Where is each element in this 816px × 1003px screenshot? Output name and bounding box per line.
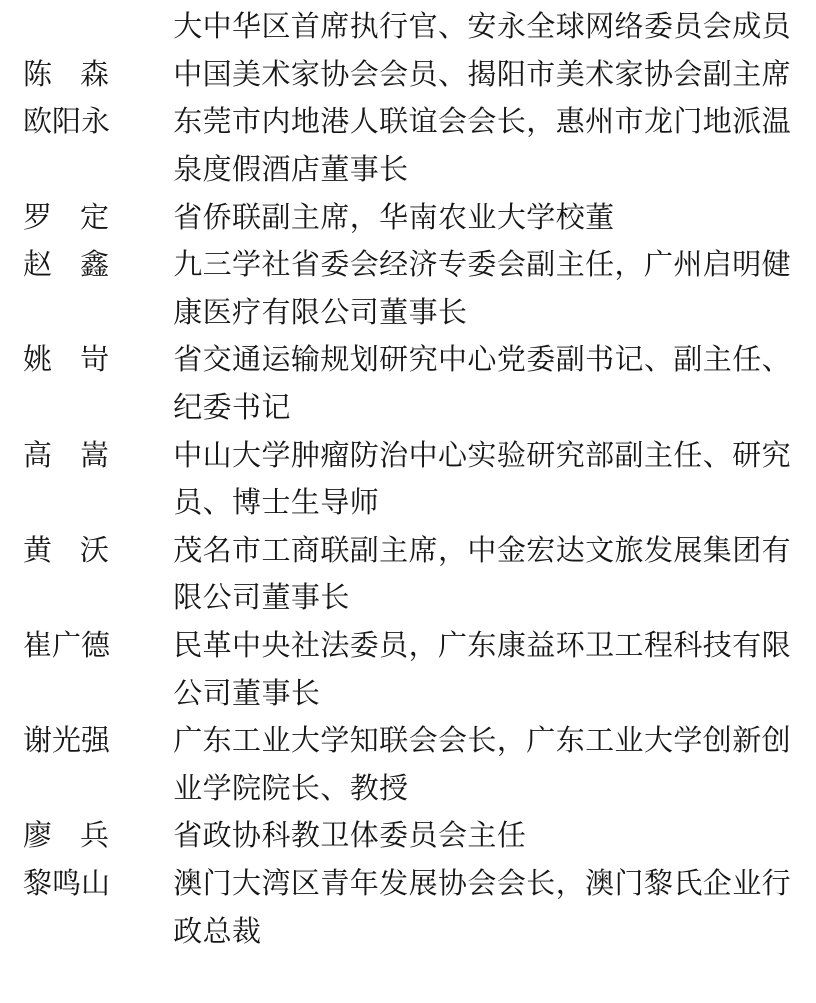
char-cell: 教 xyxy=(291,822,320,851)
char-cell: 业 xyxy=(732,870,761,899)
char-cell: 院 xyxy=(232,775,261,804)
char-cell: 永 xyxy=(497,13,526,42)
char-cell: 究 xyxy=(408,346,437,375)
person-titles: 省政协科教卫体委员会主任 xyxy=(173,813,791,861)
char-cell: 会 xyxy=(497,251,526,280)
char-cell: 华 xyxy=(232,13,261,42)
char-cell: 澳 xyxy=(585,870,614,899)
title-line: 大中华区首席执行官、安永全球网络委员会成员 xyxy=(173,4,791,52)
char-cell: 健 xyxy=(761,251,790,280)
char-cell: 长 xyxy=(291,680,320,709)
char-cell: 企 xyxy=(703,870,732,899)
char-cell: 人 xyxy=(350,108,379,137)
char-cell: 酒 xyxy=(261,156,290,185)
char-cell: ， xyxy=(350,204,379,233)
char-cell: 博 xyxy=(232,489,261,518)
char-cell: 限 xyxy=(291,299,320,328)
person-titles: 茂名市工商联副主席，中金宏达文旅发展集团有限公司董事长 xyxy=(173,528,791,623)
char-cell: 展 xyxy=(408,870,437,899)
char-cell: 内 xyxy=(261,108,290,137)
char-cell: 主 xyxy=(467,822,496,851)
title-line: 茂名市工商联副主席，中金宏达文旅发展集团有 xyxy=(173,528,791,576)
char-cell: 联 xyxy=(379,108,408,137)
char-cell: 省 xyxy=(173,346,202,375)
char-cell: 工 xyxy=(261,537,290,566)
directory-entry: 黎鸣山 澳门大湾区青年发展协会会长，澳门黎氏企业行政总裁 xyxy=(0,861,816,956)
char-cell: 泉 xyxy=(173,156,202,185)
char-cell: 副 xyxy=(350,537,379,566)
char-cell: 政 xyxy=(202,822,231,851)
char-cell: 副 xyxy=(555,346,584,375)
directory-entry: 罗定 省侨联副主席，华南农业大学校董 xyxy=(0,194,816,242)
char-cell: 心 xyxy=(438,442,467,471)
char-cell: 肿 xyxy=(291,442,320,471)
title-line: 澳门大湾区青年发展协会会长，澳门黎氏企业行 xyxy=(173,861,791,909)
name-char: 兵 xyxy=(80,822,109,851)
char-cell: 阳 xyxy=(497,61,526,90)
char-cell: 侨 xyxy=(202,204,231,233)
name-char: 光 xyxy=(52,727,81,756)
char-cell: 度 xyxy=(202,156,231,185)
char-cell: 副 xyxy=(614,442,643,471)
name-char: 德 xyxy=(81,632,110,661)
char-cell: ， xyxy=(526,108,555,137)
char-cell: 东 xyxy=(173,108,202,137)
char-cell: 员 xyxy=(408,61,437,90)
char-cell: 业 xyxy=(467,204,496,233)
char-cell: 大 xyxy=(291,727,320,756)
char-cell: 革 xyxy=(202,632,231,661)
char-cell: 发 xyxy=(644,537,673,566)
char-cell: 中 xyxy=(202,13,231,42)
name-char: 鸣 xyxy=(52,870,81,899)
name-char: 森 xyxy=(80,61,109,90)
person-name: 黎鸣山 xyxy=(23,861,109,909)
person-name: 欧阳永 xyxy=(23,99,109,147)
char-cell: 广 xyxy=(526,727,555,756)
char-cell: ， xyxy=(438,537,467,566)
char-cell: 规 xyxy=(320,346,349,375)
char-cell: 技 xyxy=(703,632,732,661)
directory-entry: 姚岢 省交通运输规划研究中心党委副书记、副主任、纪委书记 xyxy=(0,337,816,432)
char-cell: 、 xyxy=(438,13,467,42)
person-titles: 民革中央社法委员，广东康益环卫工程科技有限公司董事长 xyxy=(173,623,791,718)
title-line: 省交通运输规划研究中心党委副书记、副主任、 xyxy=(173,337,791,385)
char-cell: 学 xyxy=(320,727,349,756)
char-cell: 济 xyxy=(408,251,437,280)
char-cell: 东 xyxy=(202,727,231,756)
directory-entry: 陈森 中国美术家协会会员、揭阳市美术家协会副主席 xyxy=(0,52,816,100)
directory-entry: 欧阳永 东莞市内地港人联谊会会长，惠州市龙门地派温泉度假酒店董事长 xyxy=(0,99,816,194)
char-cell: 集 xyxy=(703,537,732,566)
char-cell: 九 xyxy=(173,251,202,280)
char-cell: 校 xyxy=(555,204,584,233)
char-cell: 经 xyxy=(379,251,408,280)
char-cell: 中 xyxy=(173,61,202,90)
char-cell: 席 xyxy=(761,61,790,90)
char-cell: 康 xyxy=(173,299,202,328)
char-cell: 、 xyxy=(438,61,467,90)
char-cell: 长 xyxy=(379,156,408,185)
char-cell: 宏 xyxy=(526,537,555,566)
char-cell: 副 xyxy=(673,346,702,375)
name-char: 定 xyxy=(80,204,109,233)
char-cell: 董 xyxy=(261,584,290,613)
person-titles: 中山大学肿瘤防治中心实验研究部副主任、研究员、博士生导师 xyxy=(173,432,791,527)
char-cell: 新 xyxy=(732,727,761,756)
char-cell: 事 xyxy=(350,156,379,185)
char-cell: 环 xyxy=(555,632,584,661)
char-cell: 长 xyxy=(497,108,526,137)
char-cell: 公 xyxy=(202,584,231,613)
person-titles: 大中华区首席执行官、安永全球网络委员会成员 xyxy=(173,4,791,52)
char-cell: 心 xyxy=(467,346,496,375)
char-cell: ， xyxy=(497,727,526,756)
char-cell: 会 xyxy=(467,870,496,899)
char-cell: 澳 xyxy=(173,870,202,899)
char-cell: 事 xyxy=(408,299,437,328)
char-cell: 研 xyxy=(379,346,408,375)
char-cell: 中 xyxy=(467,537,496,566)
char-cell: 有 xyxy=(761,537,790,566)
char-cell: 金 xyxy=(497,537,526,566)
name-char: 嵩 xyxy=(80,442,109,471)
person-name: 崔广德 xyxy=(23,623,109,671)
char-cell: 事 xyxy=(261,680,290,709)
char-cell: 省 xyxy=(291,251,320,280)
char-cell: 青 xyxy=(320,870,349,899)
char-cell: 执 xyxy=(350,13,379,42)
char-cell: 通 xyxy=(232,346,261,375)
char-cell: 员 xyxy=(173,489,202,518)
char-cell: 司 xyxy=(232,584,261,613)
name-char: 岢 xyxy=(80,346,109,375)
char-cell: 教 xyxy=(350,775,379,804)
char-cell: 司 xyxy=(350,299,379,328)
char-cell: 业 xyxy=(261,727,290,756)
char-cell: 三 xyxy=(202,251,231,280)
char-cell: 治 xyxy=(379,442,408,471)
char-cell: 东 xyxy=(467,632,496,661)
char-cell: 州 xyxy=(673,251,702,280)
char-cell: 、 xyxy=(761,346,790,375)
char-cell: 旅 xyxy=(614,537,643,566)
person-titles: 中国美术家协会会员、揭阳市美术家协会副主席 xyxy=(173,52,791,100)
char-cell: 有 xyxy=(261,299,290,328)
name-char: 广 xyxy=(52,632,81,661)
char-cell: 公 xyxy=(173,680,202,709)
char-cell: 员 xyxy=(761,13,790,42)
char-cell: 主 xyxy=(703,346,732,375)
char-cell: 、 xyxy=(320,775,349,804)
char-cell: 院 xyxy=(261,775,290,804)
char-cell: 主 xyxy=(291,204,320,233)
person-name: 陈森 xyxy=(23,52,109,100)
name-char: 沃 xyxy=(80,537,109,566)
char-cell: 学 xyxy=(673,727,702,756)
char-cell: 任 xyxy=(732,346,761,375)
char-cell: 、 xyxy=(703,442,732,471)
char-cell: 家 xyxy=(614,61,643,90)
name-char: 鑫 xyxy=(80,251,109,280)
person-titles: 澳门大湾区青年发展协会会长，澳门黎氏企业行政总裁 xyxy=(173,861,791,956)
char-cell: 美 xyxy=(232,61,261,90)
char-cell: 南 xyxy=(408,204,437,233)
char-cell: 华 xyxy=(379,204,408,233)
char-cell: 省 xyxy=(173,822,202,851)
char-cell: 广 xyxy=(644,251,673,280)
char-cell: 达 xyxy=(555,537,584,566)
char-cell: 行 xyxy=(379,13,408,42)
char-cell: ， xyxy=(408,632,437,661)
char-cell: 协 xyxy=(320,61,349,90)
char-cell: 中 xyxy=(232,632,261,661)
title-line: 九三学社省委会经济专委会副主任，广州启明健 xyxy=(173,242,791,290)
title-line: 限公司董事长 xyxy=(173,575,791,623)
char-cell: 中 xyxy=(173,442,202,471)
char-cell: 工 xyxy=(614,632,643,661)
name-char: 山 xyxy=(81,870,110,899)
char-cell: 协 xyxy=(438,870,467,899)
char-cell: 有 xyxy=(732,632,761,661)
char-cell: 业 xyxy=(173,775,202,804)
char-cell: 长 xyxy=(526,870,555,899)
char-cell: 中 xyxy=(408,442,437,471)
char-cell: 副 xyxy=(526,251,555,280)
char-cell: 官 xyxy=(408,13,437,42)
char-cell: 协 xyxy=(232,822,261,851)
char-cell: 授 xyxy=(379,775,408,804)
char-cell: 国 xyxy=(202,61,231,90)
char-cell: 任 xyxy=(585,251,614,280)
person-titles: 东莞市内地港人联谊会会长，惠州市龙门地派温泉度假酒店董事长 xyxy=(173,99,791,194)
char-cell: 益 xyxy=(526,632,555,661)
char-cell: 港 xyxy=(320,108,349,137)
char-cell: 络 xyxy=(614,13,643,42)
char-cell: 区 xyxy=(261,13,290,42)
char-cell: 全 xyxy=(526,13,555,42)
char-cell: 州 xyxy=(585,108,614,137)
name-char: 黎 xyxy=(23,870,52,899)
char-cell: 委 xyxy=(379,822,408,851)
person-titles: 广东工业大学知联会会长，广东工业大学创新创业学院院长、教授 xyxy=(173,718,791,813)
person-name: 廖兵 xyxy=(23,813,109,861)
char-cell: 医 xyxy=(202,299,231,328)
char-cell: 市 xyxy=(232,108,261,137)
char-cell: 球 xyxy=(555,13,584,42)
char-cell: 委 xyxy=(467,251,496,280)
char-cell: 公 xyxy=(320,299,349,328)
char-cell: 书 xyxy=(585,346,614,375)
char-cell: 董 xyxy=(585,204,614,233)
title-line: 员、博士生导师 xyxy=(173,480,791,528)
directory-entry: 高嵩 中山大学肿瘤防治中心实验研究部副主任、研究员、博士生导师 xyxy=(0,432,816,527)
char-cell: 黎 xyxy=(644,870,673,899)
char-cell: 会 xyxy=(438,822,467,851)
char-cell: 、 xyxy=(202,489,231,518)
char-cell: 行 xyxy=(761,870,790,899)
char-cell: 地 xyxy=(291,108,320,137)
char-cell: 学 xyxy=(232,251,261,280)
title-line: 中国美术家协会会员、揭阳市美术家协会副主席 xyxy=(173,52,791,100)
char-cell: 惠 xyxy=(555,108,584,137)
char-cell: 东 xyxy=(555,727,584,756)
char-cell: 假 xyxy=(232,156,261,185)
char-cell: 委 xyxy=(202,394,231,423)
char-cell: 运 xyxy=(261,346,290,375)
char-cell: 长 xyxy=(320,584,349,613)
char-cell: 发 xyxy=(379,870,408,899)
char-cell: 会 xyxy=(673,61,702,90)
title-line: 省政协科教卫体委员会主任 xyxy=(173,813,791,861)
title-line: 省侨联副主席，华南农业大学校董 xyxy=(173,194,791,242)
name-title-list: 大中华区首席执行官、安永全球网络委员会成员 陈森 中国美术家协会会员、揭阳市美术… xyxy=(0,0,816,956)
name-char: 崔 xyxy=(23,632,52,661)
title-line: 公司董事长 xyxy=(173,670,791,718)
char-cell: 事 xyxy=(291,584,320,613)
char-cell: 副 xyxy=(703,61,732,90)
char-cell: 研 xyxy=(732,442,761,471)
char-cell: 员 xyxy=(379,632,408,661)
directory-entry: 谢光强 广东工业大学知联会会长，广东工业大学创新创业学院院长、教授 xyxy=(0,718,816,813)
directory-entry: 大中华区首席执行官、安永全球网络委员会成员 xyxy=(0,4,816,52)
char-cell: 、 xyxy=(644,346,673,375)
directory-entry: 崔广德 民革中央社法委员，广东康益环卫工程科技有限公司董事长 xyxy=(0,623,816,718)
name-char: 黄 xyxy=(23,537,52,566)
document-page: 大中华区首席执行官、安永全球网络委员会成员 陈森 中国美术家协会会员、揭阳市美术… xyxy=(0,0,816,1003)
char-cell: 党 xyxy=(497,346,526,375)
name-char: 姚 xyxy=(23,346,52,375)
person-name: 高嵩 xyxy=(23,432,109,480)
directory-entry: 黄沃 茂名市工商联副主席，中金宏达文旅发展集团有限公司董事长 xyxy=(0,528,816,623)
char-cell: 门 xyxy=(614,870,643,899)
char-cell: 学 xyxy=(202,775,231,804)
char-cell: 业 xyxy=(614,727,643,756)
char-cell: 师 xyxy=(350,489,379,518)
char-cell: 家 xyxy=(291,61,320,90)
char-cell: 团 xyxy=(732,537,761,566)
char-cell: 社 xyxy=(291,632,320,661)
person-titles: 九三学社省委会经济专委会副主任，广州启明健康医疗有限公司董事长 xyxy=(173,242,791,337)
char-cell: 商 xyxy=(291,537,320,566)
char-cell: 揭 xyxy=(467,61,496,90)
char-cell: 央 xyxy=(261,632,290,661)
name-char: 高 xyxy=(23,442,52,471)
title-line: 泉度假酒店董事长 xyxy=(173,147,791,195)
char-cell: 术 xyxy=(585,61,614,90)
char-cell: 书 xyxy=(232,394,261,423)
char-cell: 广 xyxy=(173,727,202,756)
char-cell: 席 xyxy=(320,13,349,42)
char-cell: 体 xyxy=(350,822,379,851)
name-char: 罗 xyxy=(23,204,52,233)
char-cell: 首 xyxy=(291,13,320,42)
person-titles: 省交通运输规划研究中心党委副书记、副主任、纪委书记 xyxy=(173,337,791,432)
char-cell: 年 xyxy=(350,870,379,899)
person-titles: 省侨联副主席，华南农业大学校董 xyxy=(173,194,791,242)
char-cell: 湾 xyxy=(261,870,290,899)
title-line: 政总裁 xyxy=(173,908,791,956)
char-cell: 研 xyxy=(526,442,555,471)
char-cell: 创 xyxy=(761,727,790,756)
char-cell: 地 xyxy=(703,108,732,137)
char-cell: 联 xyxy=(379,727,408,756)
char-cell: 交 xyxy=(202,346,231,375)
char-cell: 科 xyxy=(673,632,702,661)
char-cell: 工 xyxy=(585,727,614,756)
char-cell: 成 xyxy=(732,13,761,42)
title-line: 东莞市内地港人联谊会会长，惠州市龙门地派温 xyxy=(173,99,791,147)
char-cell: 广 xyxy=(438,632,467,661)
char-cell: 裁 xyxy=(232,918,261,947)
char-cell: 科 xyxy=(261,822,290,851)
char-cell: 委 xyxy=(526,346,555,375)
char-cell: 网 xyxy=(585,13,614,42)
char-cell: 大 xyxy=(232,870,261,899)
char-cell: 大 xyxy=(173,13,202,42)
directory-entry: 廖兵 省政协科教卫体委员会主任 xyxy=(0,813,816,861)
char-cell: 会 xyxy=(703,13,732,42)
char-cell: 农 xyxy=(438,204,467,233)
char-cell: 美 xyxy=(555,61,584,90)
name-char: 欧 xyxy=(23,108,52,137)
char-cell: 省 xyxy=(173,204,202,233)
name-char: 赵 xyxy=(23,251,52,280)
char-cell: 会 xyxy=(379,61,408,90)
char-cell: 派 xyxy=(732,108,761,137)
name-char: 永 xyxy=(81,108,110,137)
char-cell: 划 xyxy=(350,346,379,375)
char-cell: 联 xyxy=(232,204,261,233)
char-cell: 董 xyxy=(379,299,408,328)
char-cell: 门 xyxy=(202,870,231,899)
person-name xyxy=(23,4,109,52)
char-cell: 主 xyxy=(644,442,673,471)
char-cell: 会 xyxy=(467,108,496,137)
title-line: 广东工业大学知联会会长，广东工业大学创新创 xyxy=(173,718,791,766)
char-cell: 专 xyxy=(438,251,467,280)
char-cell: 会 xyxy=(350,251,379,280)
person-name: 罗定 xyxy=(23,194,109,242)
char-cell: 展 xyxy=(673,537,702,566)
char-cell: 实 xyxy=(467,442,496,471)
char-cell: 席 xyxy=(408,537,437,566)
person-name: 谢光强 xyxy=(23,718,109,766)
char-cell: 安 xyxy=(467,13,496,42)
char-cell: 店 xyxy=(291,156,320,185)
char-cell: 席 xyxy=(320,204,349,233)
char-cell: 会 xyxy=(438,108,467,137)
char-cell: 氏 xyxy=(673,870,702,899)
char-cell: 大 xyxy=(497,204,526,233)
char-cell: 究 xyxy=(761,442,790,471)
char-cell: 中 xyxy=(438,346,467,375)
char-cell: 程 xyxy=(644,632,673,661)
char-cell: 区 xyxy=(291,870,320,899)
char-cell: 主 xyxy=(732,61,761,90)
char-cell: 市 xyxy=(232,537,261,566)
name-char: 强 xyxy=(81,727,110,756)
char-cell: 民 xyxy=(173,632,202,661)
char-cell: 联 xyxy=(320,537,349,566)
char-cell: 启 xyxy=(703,251,732,280)
char-cell: 防 xyxy=(350,442,379,471)
char-cell: 委 xyxy=(320,251,349,280)
char-cell: 市 xyxy=(526,61,555,90)
char-cell: 文 xyxy=(585,537,614,566)
name-char: 廖 xyxy=(23,822,52,851)
char-cell: 会 xyxy=(497,870,526,899)
